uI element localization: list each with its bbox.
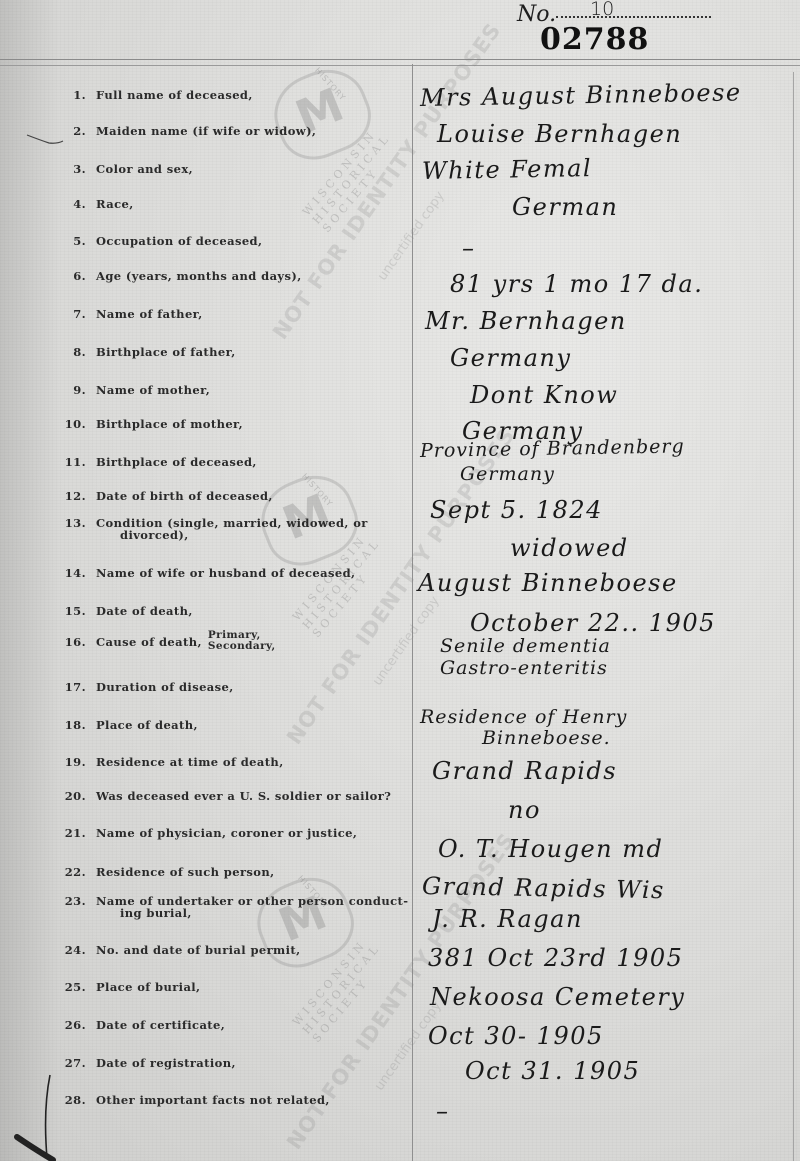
- answer-other-facts: –: [436, 1097, 450, 1125]
- field-label-spouse-name: 14.Name of wife or husband of deceased,: [54, 567, 414, 579]
- field-label-condition: 13.Condition (single, married, widowed, …: [54, 517, 414, 541]
- answer-condition: widowed: [510, 534, 629, 562]
- field-label-duration: 17.Duration of disease,: [54, 681, 414, 693]
- answer-color-sex: White Femal: [422, 154, 593, 185]
- answer-place-of-death-line2: Binneboese.: [482, 727, 611, 749]
- field-label-burial-place: 25.Place of burial,: [54, 981, 414, 993]
- answer-occupation: –: [462, 234, 476, 262]
- serial-number-stamp: 02788: [540, 22, 649, 57]
- field-label-burial-permit: 24.No. and date of burial permit,: [54, 944, 414, 956]
- answer-certificate-date: Oct 30- 1905: [428, 1022, 604, 1050]
- answer-deceased-birthplace-country: Germany: [460, 463, 555, 485]
- field-label-certificate-date: 26.Date of certificate,: [54, 1019, 414, 1031]
- field-label-color-sex: 3.Color and sex,: [54, 163, 414, 175]
- field-label-undertaker: 23.Name of undertaker or other person co…: [54, 895, 434, 919]
- answer-age: 81 yrs 1 mo 17 da.: [450, 270, 703, 298]
- field-label-deceased-birthplace: 11.Birthplace of deceased,: [54, 456, 414, 468]
- field-label-mother-birthplace: 10.Birthplace of mother,: [54, 418, 414, 430]
- answer-physician-residence: Grand Rapids Wis: [422, 872, 665, 904]
- answer-cause-secondary: Gastro-enteritis: [440, 657, 608, 679]
- answer-registration-date: Oct 31. 1905: [465, 1057, 640, 1085]
- answer-burial-permit: 381 Oct 23rd 1905: [428, 944, 683, 972]
- field-label-place-of-death: 18.Place of death,: [54, 719, 414, 731]
- answer-place-of-death: Residence of Henry: [420, 706, 627, 728]
- field-label-other-facts: 28.Other important facts not related,: [54, 1094, 414, 1106]
- right-margin-rule: [793, 72, 794, 1161]
- field-label-full-name: 1.Full name of deceased,: [54, 89, 414, 101]
- cause-brace: Primary,Secondary,: [208, 630, 276, 652]
- field-label-birth-date: 12.Date of birth of deceased,: [54, 490, 414, 502]
- header-double-rule: [0, 59, 800, 66]
- answer-mother-name: Dont Know: [470, 381, 618, 409]
- field-label-registration-date: 27.Date of registration,: [54, 1057, 414, 1069]
- field-label-physician: 21.Name of physician, coroner or justice…: [54, 827, 414, 839]
- answer-physician: O. T. Hougen md: [438, 835, 663, 863]
- field-label-death-date: 15.Date of death,: [54, 605, 414, 617]
- answer-race: German: [512, 193, 618, 221]
- field-label-mother-name: 9.Name of mother,: [54, 384, 414, 396]
- field-label-residence: 19.Residence at time of death,: [54, 756, 414, 768]
- field-label-soldier-sailor: 20.Was deceased ever a U. S. soldier or …: [54, 790, 434, 802]
- answer-deceased-birthplace: Province of Brandenberg: [420, 435, 685, 462]
- answer-spouse-name: August Binneboese: [418, 569, 678, 597]
- field-label-race: 4.Race,: [54, 198, 414, 210]
- answer-birth-date: Sept 5. 1824: [430, 496, 603, 524]
- field-label-father-birthplace: 8.Birthplace of father,: [54, 346, 414, 358]
- field-label-physician-residence: 22.Residence of such person,: [54, 866, 414, 878]
- answer-undertaker: J. R. Ragan: [432, 905, 583, 933]
- field-label-maiden-name: 2.Maiden name (if wife or widow),: [54, 125, 414, 137]
- checkmark-icon: [5, 1070, 65, 1161]
- page-edge-shadow: [0, 0, 60, 1161]
- answer-father-name: Mr. Bernhagen: [425, 307, 627, 335]
- answer-maiden-name: Louise Bernhagen: [437, 120, 682, 148]
- record-number-dotted-line: [556, 16, 711, 18]
- answer-soldier-sailor: no: [508, 796, 541, 824]
- field-label-occupation: 5.Occupation of deceased,: [54, 235, 414, 247]
- pen-stroke-mark: [25, 130, 65, 150]
- answer-cause-primary: Senile dementia: [440, 635, 611, 657]
- answer-father-birthplace: Germany: [450, 344, 571, 372]
- answer-burial-place: Nekoosa Cemetery: [430, 983, 685, 1011]
- field-label-cause-of-death: 16.Cause of death,Primary,Secondary,: [54, 632, 414, 654]
- answer-full-name: Mrs August Binneboese: [420, 78, 742, 112]
- field-label-father-name: 7.Name of father,: [54, 308, 414, 320]
- answer-residence: Grand Rapids: [432, 757, 617, 785]
- answer-death-date: October 22.. 1905: [470, 609, 716, 637]
- field-label-age: 6.Age (years, months and days),: [54, 270, 414, 282]
- record-number-value: 10: [590, 0, 614, 20]
